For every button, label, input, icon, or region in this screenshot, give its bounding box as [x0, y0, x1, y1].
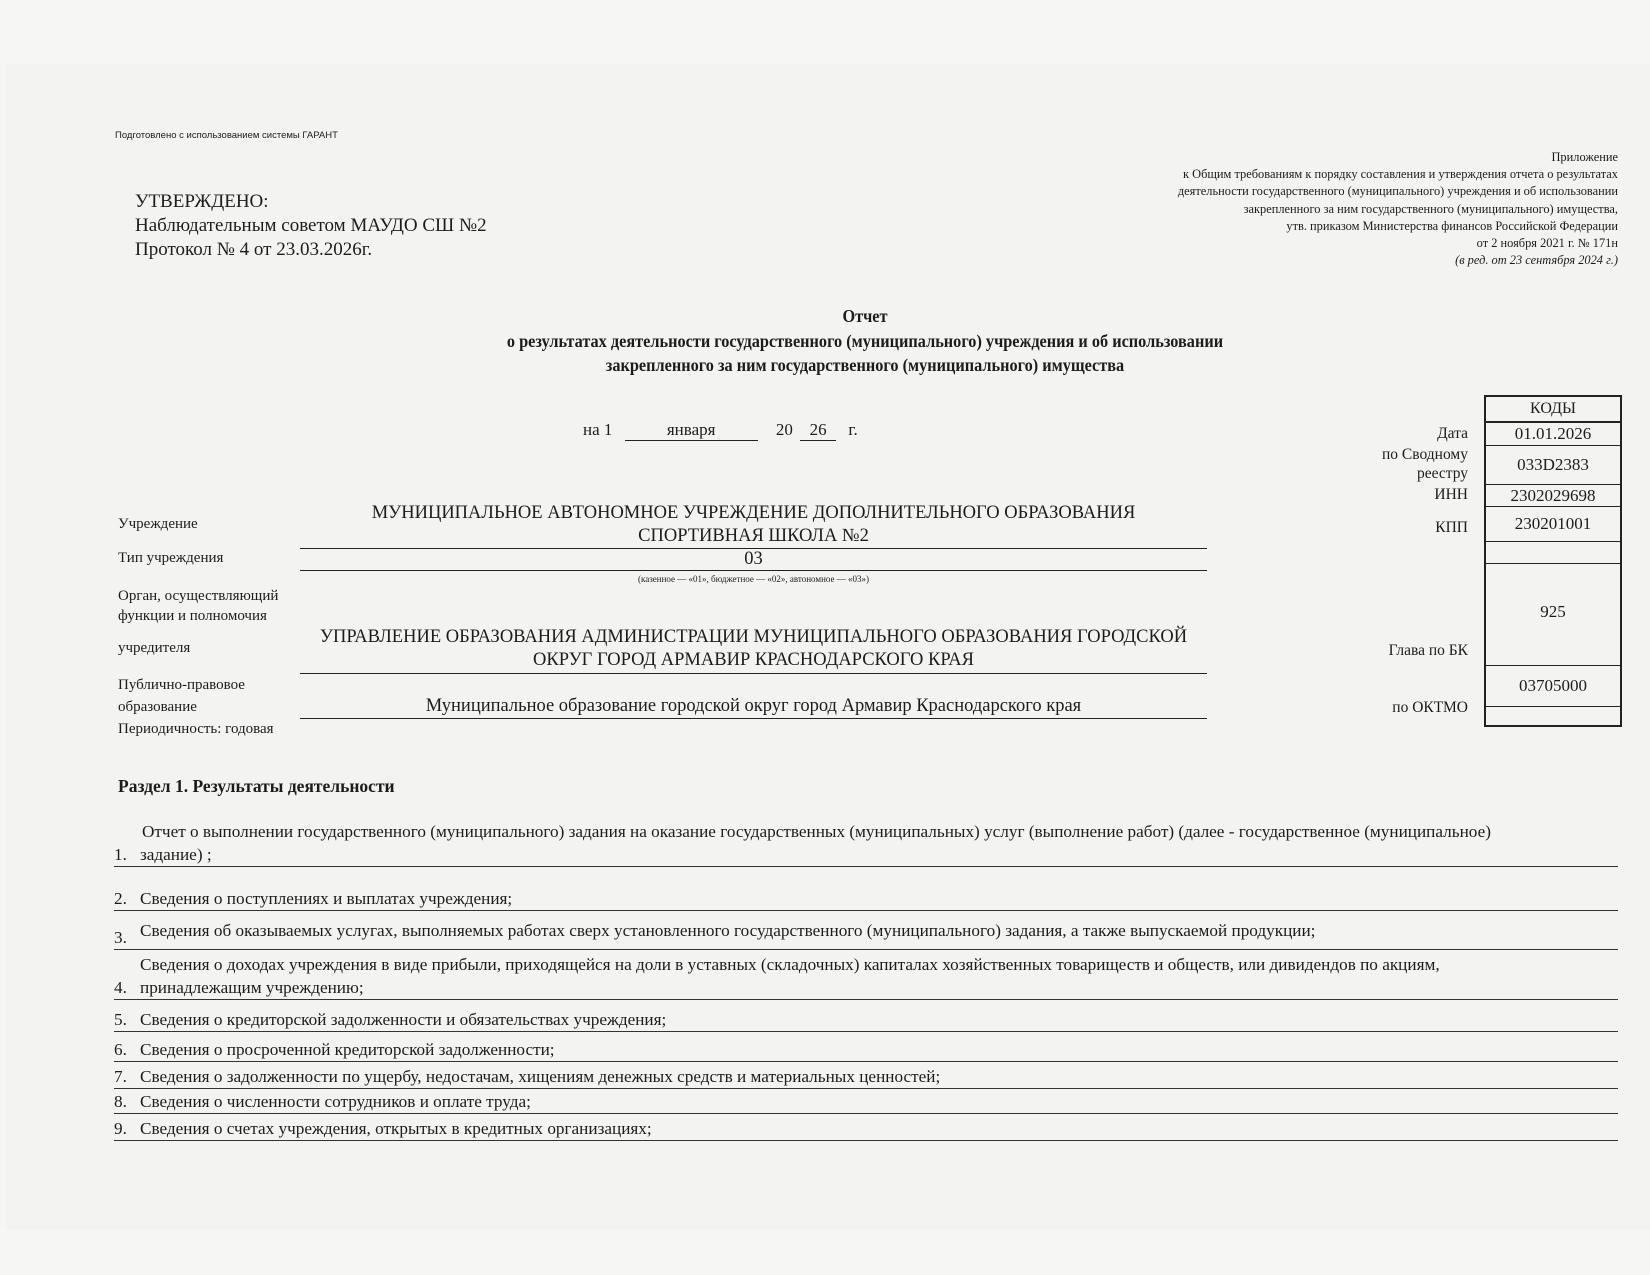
approval-title: УТВЕРЖДЕНО:: [135, 190, 487, 214]
list-item: 8. Сведения о численности сотрудников и …: [114, 1090, 1618, 1114]
date-suffix: г.: [848, 420, 857, 439]
title-line: закрепленного за ним государственного (м…: [61, 353, 1650, 378]
approval-protocol: Протокол № 4 от 23.03.2026г.: [135, 238, 487, 262]
item-text: Сведения о просроченной кредиторской зад…: [140, 1038, 1618, 1061]
list-item: 3. Сведения об оказываемых услугах, выпо…: [114, 919, 1618, 950]
type-underline: [300, 570, 1207, 571]
code-label-svodny: по Сводному реестру: [1382, 445, 1468, 483]
founder-label-line: Орган, осуществляющий: [118, 586, 278, 606]
item-number: 7.: [114, 1067, 127, 1087]
code-label-line: реестру: [1382, 464, 1468, 483]
appendix-line: к Общим требованиям к порядку составлени…: [1058, 166, 1618, 183]
item-number: 8.: [114, 1092, 127, 1112]
date-year: 26: [800, 420, 836, 441]
founder-label: Орган, осуществляющий функции и полномоч…: [118, 586, 278, 626]
code-label-bk: Глава по БК: [1389, 641, 1468, 660]
report-date-line: на 1 января 20 26 г.: [583, 420, 858, 441]
item-text: Отчет о выполнении государственного (мун…: [142, 820, 1618, 843]
periodicity: Периодичность: годовая: [118, 718, 274, 740]
item-text: задание) ;: [140, 843, 1618, 866]
item-number: 5.: [114, 1010, 127, 1030]
title-line: Отчет: [61, 304, 1650, 329]
code-bk: 925: [1486, 563, 1620, 665]
code-label-oktmo: по ОКТМО: [1392, 698, 1468, 717]
appendix-line: Приложение: [1058, 149, 1618, 166]
list-item: 7. Сведения о задолженности по ущербу, н…: [114, 1065, 1618, 1089]
item-number: 4.: [114, 978, 127, 998]
approval-block: УТВЕРЖДЕНО: Наблюдательным советом МАУДО…: [135, 190, 487, 262]
public-entity-underline: [300, 718, 1207, 719]
item-number: 1.: [114, 845, 127, 865]
code-empty-last: [1486, 706, 1620, 725]
garant-note: Подготовлено с использованием системы ГА…: [115, 130, 338, 141]
item-number: 2.: [114, 889, 127, 909]
public-label-line: образование: [118, 696, 274, 718]
date-prefix: на 1: [583, 420, 612, 439]
institution-name-line: МУНИЦИПАЛЬНОЕ АВТОНОМНОЕ УЧРЕЖДЕНИЕ ДОПО…: [300, 502, 1207, 525]
codes-header: КОДЫ: [1486, 397, 1620, 421]
code-label-line: по Сводному: [1382, 445, 1468, 464]
code-svodny: 033D2383: [1486, 445, 1620, 484]
code-label-date: Дата: [1437, 424, 1468, 443]
item-text: Сведения о поступлениях и выплатах учреж…: [140, 887, 1618, 910]
item-text: Сведения о численности сотрудников и опл…: [140, 1090, 1618, 1113]
document-title: Отчет о результатах деятельности государ…: [61, 304, 1650, 378]
founder-name-line: ОКРУГ ГОРОД АРМАВИР КРАСНОДАРСКОГО КРАЯ: [300, 649, 1207, 672]
founder-label-line: функции и полномочия: [118, 606, 278, 626]
section-heading: Раздел 1. Результаты деятельности: [118, 776, 395, 797]
public-entity-value: Муниципальное образование городской окру…: [300, 695, 1207, 718]
codes-box: КОДЫ 01.01.2026 033D2383 2302029698 2302…: [1484, 395, 1622, 727]
list-item: 5. Сведения о кредиторской задолженности…: [114, 1008, 1618, 1032]
item-number: 9.: [114, 1119, 127, 1139]
institution-label: Учреждение: [118, 516, 198, 533]
item-text: принадлежащим учреждению;: [140, 976, 1618, 999]
item-text: Сведения о задолженности по ущербу, недо…: [140, 1065, 1618, 1088]
type-hint: (казенное — «01», бюджетное — «02», авто…: [300, 574, 1207, 584]
appendix-line: утв. приказом Министерства финансов Росс…: [1058, 218, 1618, 235]
list-item: 4. Сведения о доходах учреждения в виде …: [114, 953, 1618, 1000]
title-line: о результатах деятельности государственн…: [61, 329, 1650, 354]
founder-value: УПРАВЛЕНИЕ ОБРАЗОВАНИЯ АДМИНИСТРАЦИИ МУН…: [300, 626, 1207, 672]
code-label-inn: ИНН: [1434, 485, 1468, 504]
founder-label-end: учредителя: [118, 640, 190, 657]
item-text: Сведения о доходах учреждения в виде при…: [140, 953, 1618, 976]
code-oktmo: 03705000: [1486, 665, 1620, 706]
institution-value: МУНИЦИПАЛЬНОЕ АВТОНОМНОЕ УЧРЕЖДЕНИЕ ДОПО…: [300, 502, 1207, 548]
code-date: 01.01.2026: [1486, 421, 1620, 445]
item-text: Сведения о кредиторской задолженности и …: [140, 1008, 1618, 1031]
list-item: 6. Сведения о просроченной кредиторской …: [114, 1038, 1618, 1062]
appendix-line: от 2 ноября 2021 г. № 171н: [1058, 235, 1618, 252]
code-label-kpp: КПП: [1435, 518, 1468, 537]
list-item: 1. Отчет о выполнении государственного (…: [114, 820, 1618, 867]
appendix-revision: (в ред. от 23 сентября 2024 г.): [1058, 252, 1618, 269]
item-number: 3.: [114, 928, 127, 948]
appendix-line: деятельности государственного (муниципал…: [1058, 183, 1618, 200]
type-label: Тип учреждения: [118, 550, 223, 567]
approval-body: Наблюдательным советом МАУДО СШ №2: [135, 214, 487, 238]
founder-underline: [300, 673, 1207, 674]
code-kpp: 230201001: [1486, 506, 1620, 541]
code-inn: 2302029698: [1486, 484, 1620, 506]
code-empty: [1486, 541, 1620, 563]
date-month: января: [625, 420, 758, 441]
item-text: Сведения о счетах учреждения, открытых в…: [140, 1117, 1618, 1140]
public-label-line: Публично-правовое: [118, 674, 274, 696]
public-entity-label: Публично-правовое образование Периодично…: [118, 674, 274, 740]
list-item: 9. Сведения о счетах учреждения, открыты…: [114, 1117, 1618, 1141]
item-text: Сведения об оказываемых услугах, выполня…: [140, 919, 1618, 942]
appendix-note: Приложение к Общим требованиям к порядку…: [1058, 149, 1618, 269]
appendix-line: закрепленного за ним государственного (м…: [1058, 201, 1618, 218]
item-number: 6.: [114, 1040, 127, 1060]
type-value: 03: [300, 548, 1207, 571]
list-item: 2. Сведения о поступлениях и выплатах уч…: [114, 887, 1618, 911]
institution-name-line: СПОРТИВНАЯ ШКОЛА №2: [300, 525, 1207, 548]
date-century: 20: [776, 420, 793, 439]
founder-name-line: УПРАВЛЕНИЕ ОБРАЗОВАНИЯ АДМИНИСТРАЦИИ МУН…: [300, 626, 1207, 649]
